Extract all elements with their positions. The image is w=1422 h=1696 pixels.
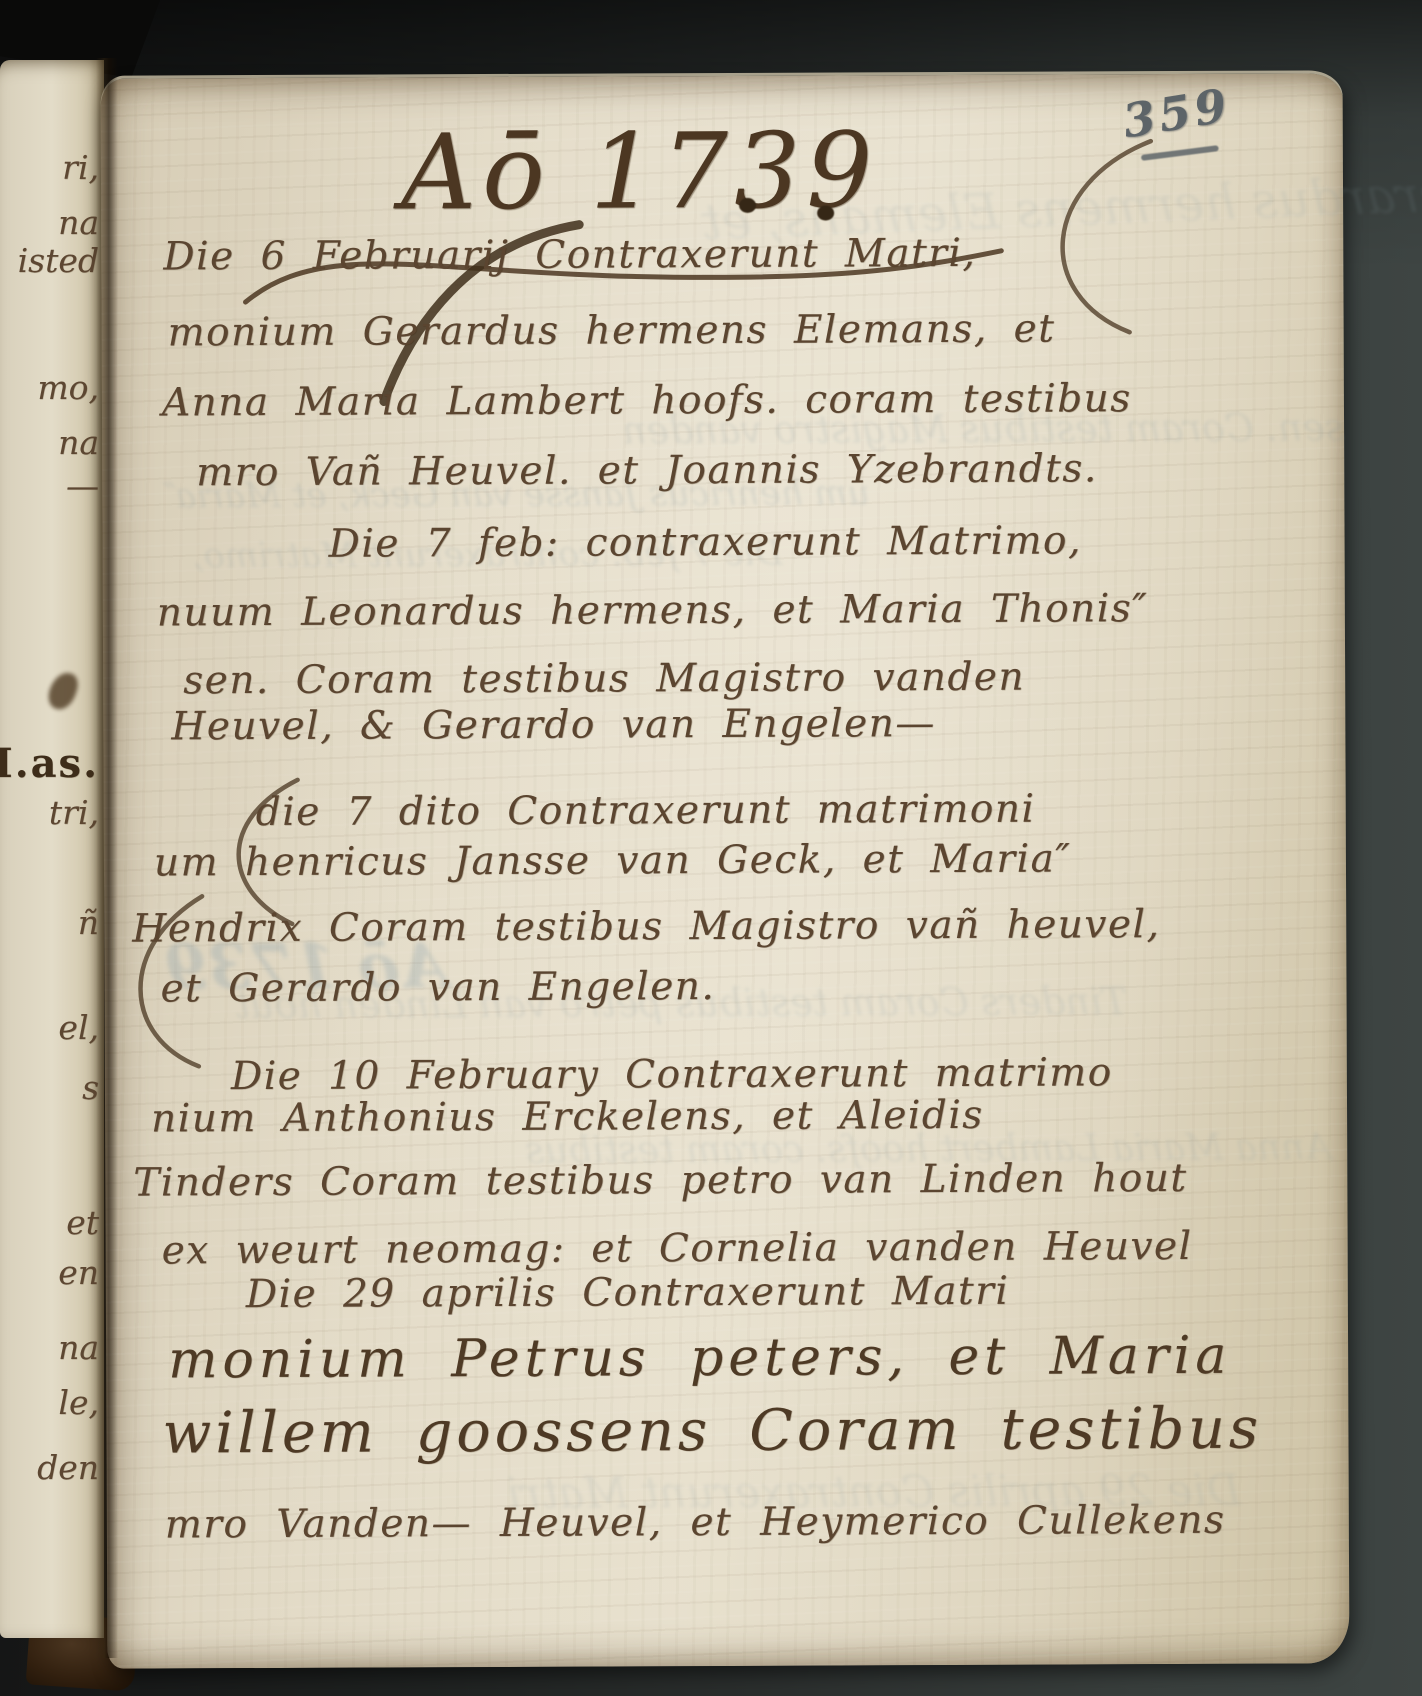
left-page-fragment: — bbox=[66, 466, 99, 505]
record-5-line-2: monium Petrus peters, et Maria bbox=[168, 1326, 1231, 1391]
record-4-line-4: ex weurt neomag: et Cornelia vanden Heuv… bbox=[162, 1224, 1193, 1273]
record-4-line-3: Tinders Coram testibus petro van Linden … bbox=[133, 1156, 1187, 1206]
record-1-line-4: mro Vañ Heuvel. et Joannis Yzebrandts. bbox=[196, 446, 1098, 495]
manuscript-scan: ri, na isted mo, na — II.as. tri, ñ el, … bbox=[0, 0, 1422, 1696]
left-page-fragment: den bbox=[37, 1448, 99, 1487]
record-4-line-1: Die 10 February Contraxerunt matrimo bbox=[231, 1050, 1113, 1099]
record-3-line-3: Hendrix Coram testibus Magistro vañ heuv… bbox=[132, 902, 1160, 951]
left-page-fragment: le, bbox=[58, 1383, 99, 1422]
record-2-line-3: sen. Coram testibus Magistro vanden bbox=[183, 655, 1025, 704]
left-page-fragment: et bbox=[66, 1203, 99, 1242]
record-3-line-4: et Gerardo van Engelen. bbox=[160, 964, 715, 1011]
record-5-line-3: willem goossens Coram testibus bbox=[162, 1396, 1262, 1467]
record-2-line-1: Die 7 feb: contraxerunt Matrimo, bbox=[328, 518, 1082, 566]
record-3-line-1: die 7 dito Contraxerunt matrimoni bbox=[256, 787, 1036, 835]
ink-smudge bbox=[45, 669, 81, 713]
left-page-fragment: mo, bbox=[37, 368, 99, 407]
facing-page-sliver: ri, na isted mo, na — II.as. tri, ñ el, … bbox=[0, 60, 104, 1638]
record-1-line-1: Die 6 Februarij Contraxerunt Matri, bbox=[163, 231, 976, 280]
record-3-line-2: um henricus Jansse van Geck, et Maria″ bbox=[154, 836, 1072, 885]
left-page-fragment: isted bbox=[18, 241, 99, 280]
binding-gutter-crease bbox=[96, 58, 118, 1658]
record-5-line-4: mro Vanden— Heuvel, et Heymerico Culleke… bbox=[165, 1498, 1226, 1548]
record-1-line-3: Anna Maria Lambert hoofs. coram testibus bbox=[162, 376, 1132, 425]
left-page-fragment: na bbox=[58, 1328, 99, 1367]
record-4-line-2: nium Anthonius Erckelens, et Aleidis bbox=[151, 1093, 984, 1142]
left-page-fragment: tri, bbox=[49, 793, 99, 832]
record-1-line-2: monium Gerardus hermens Elemans, et bbox=[168, 307, 1056, 356]
left-page-fragment: na bbox=[58, 203, 99, 242]
record-5-line-1: Die 29 aprilis Contraxerunt Matri bbox=[246, 1269, 1010, 1317]
left-page-fragment: en bbox=[58, 1253, 99, 1292]
manuscript-page: 359 monium Gerardus hermens Elemans, et … bbox=[101, 73, 1350, 1668]
left-page-fragment: na bbox=[58, 423, 99, 462]
record-2-line-2: nuum Leonardus hermens, et Maria Thonis″ bbox=[157, 586, 1149, 635]
folio-number: 359 bbox=[1119, 78, 1234, 149]
left-page-fragment: II.as. bbox=[0, 740, 99, 787]
record-2-line-4: Heuvel, & Gerardo van Engelen— bbox=[171, 701, 936, 749]
left-page-fragment: ri, bbox=[62, 148, 99, 187]
left-page-fragment: el, bbox=[58, 1008, 99, 1047]
